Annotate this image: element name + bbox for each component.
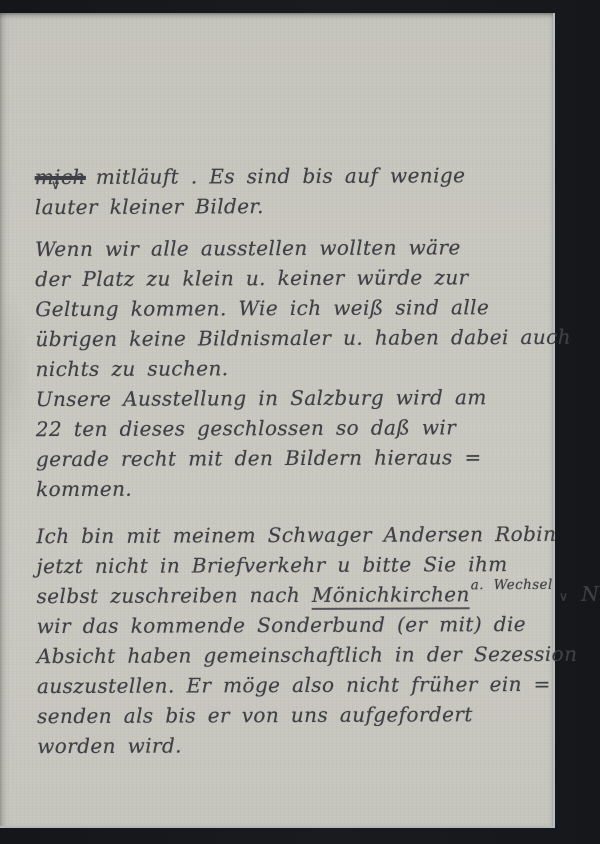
handwriting-line: Absicht haben gemeinschaftlich in der Se…	[37, 639, 549, 671]
line-text: übrigen keine Bildnismaler u. haben dabe…	[35, 325, 571, 351]
line-text: nichts zu suchen.	[36, 356, 229, 381]
scan-background: michmitläuft . Es sind bis auf wenige ∨l…	[0, 0, 600, 844]
handwriting-line: kommen.	[36, 472, 548, 504]
line-text: kommen.	[36, 477, 132, 501]
line-text: Ich bin mit meinem Schwager Andersen Rob…	[36, 522, 556, 548]
line-text: lauter kleiner Bilder.	[35, 194, 264, 219]
line-text: der Platz zu klein u. keiner würde zur	[35, 265, 468, 291]
insertion-caret-mark: ∨	[51, 179, 61, 192]
handwriting-line: auszustellen. Er möge also nicht früher …	[37, 669, 549, 701]
line-text: 22 ten dieses geschlossen so daß wir	[36, 415, 456, 441]
line-text: gerade recht mit den Bildern hieraus =	[36, 445, 482, 471]
handwriting-line: Wenn wir alle ausstellen wollten wäre	[35, 232, 547, 264]
handwriting-line: Ich bin mit meinem Schwager Andersen Rob…	[36, 519, 548, 551]
handwriting-line-with-insertion: selbst zuschreiben nach Mönichkirchena. …	[37, 579, 549, 611]
handwriting-line: wir das kommende Sonderbund (er mit) die	[37, 609, 549, 641]
line-text: Unsere Ausstellung in Salzburg wird am	[36, 385, 487, 411]
inserted-text-above-line: a. Wechsel	[471, 579, 553, 592]
line-text: Wenn wir alle ausstellen wollten wäre	[35, 235, 461, 261]
line-text: auszustellen. Er möge also nicht früher …	[37, 672, 551, 698]
handwriting-line: worden wird.	[37, 729, 549, 761]
line-text: selbst zuschreiben nach	[37, 583, 301, 608]
insertion-caret-mark: ∨	[559, 583, 569, 613]
line-text: N.Ö daß	[581, 581, 600, 605]
handwriting-line: senden als bis er von uns aufgefordert	[37, 699, 549, 731]
line-text: senden als bis er von uns aufgefordert	[37, 702, 473, 728]
handwriting-line: michmitläuft . Es sind bis auf wenige	[35, 160, 547, 192]
handwriting-line: nichts zu suchen.	[36, 352, 548, 384]
line-text: Absicht haben gemeinschaftlich in der Se…	[37, 642, 578, 668]
underlined-place-name: Mönichkirchen	[312, 582, 470, 610]
handwriting-line: ∨lauter kleiner Bilder.	[35, 190, 547, 222]
handwriting-line: Unsere Ausstellung in Salzburg wird am	[36, 382, 548, 414]
line-text: mitläuft . Es sind bis auf wenige	[96, 163, 466, 189]
handwriting-line: übrigen keine Bildnismaler u. haben dabe…	[35, 322, 547, 354]
letter-page: michmitläuft . Es sind bis auf wenige ∨l…	[0, 13, 555, 828]
handwriting-block: michmitläuft . Es sind bis auf wenige ∨l…	[35, 160, 550, 761]
handwriting-line: 22 ten dieses geschlossen so daß wir	[36, 412, 548, 444]
line-text: wir das kommende Sonderbund (er mit) die	[37, 612, 526, 638]
handwriting-line: Geltung kommen. Wie ich weiß sind alle	[35, 292, 547, 324]
line-text: Geltung kommen. Wie ich weiß sind alle	[35, 295, 489, 321]
handwriting-line: gerade recht mit den Bildern hieraus =	[36, 442, 548, 474]
handwriting-line: der Platz zu klein u. keiner würde zur	[35, 262, 547, 294]
line-text: jetzt nicht in Briefverkehr u bitte Sie …	[36, 552, 507, 578]
line-text: worden wird.	[37, 733, 182, 758]
